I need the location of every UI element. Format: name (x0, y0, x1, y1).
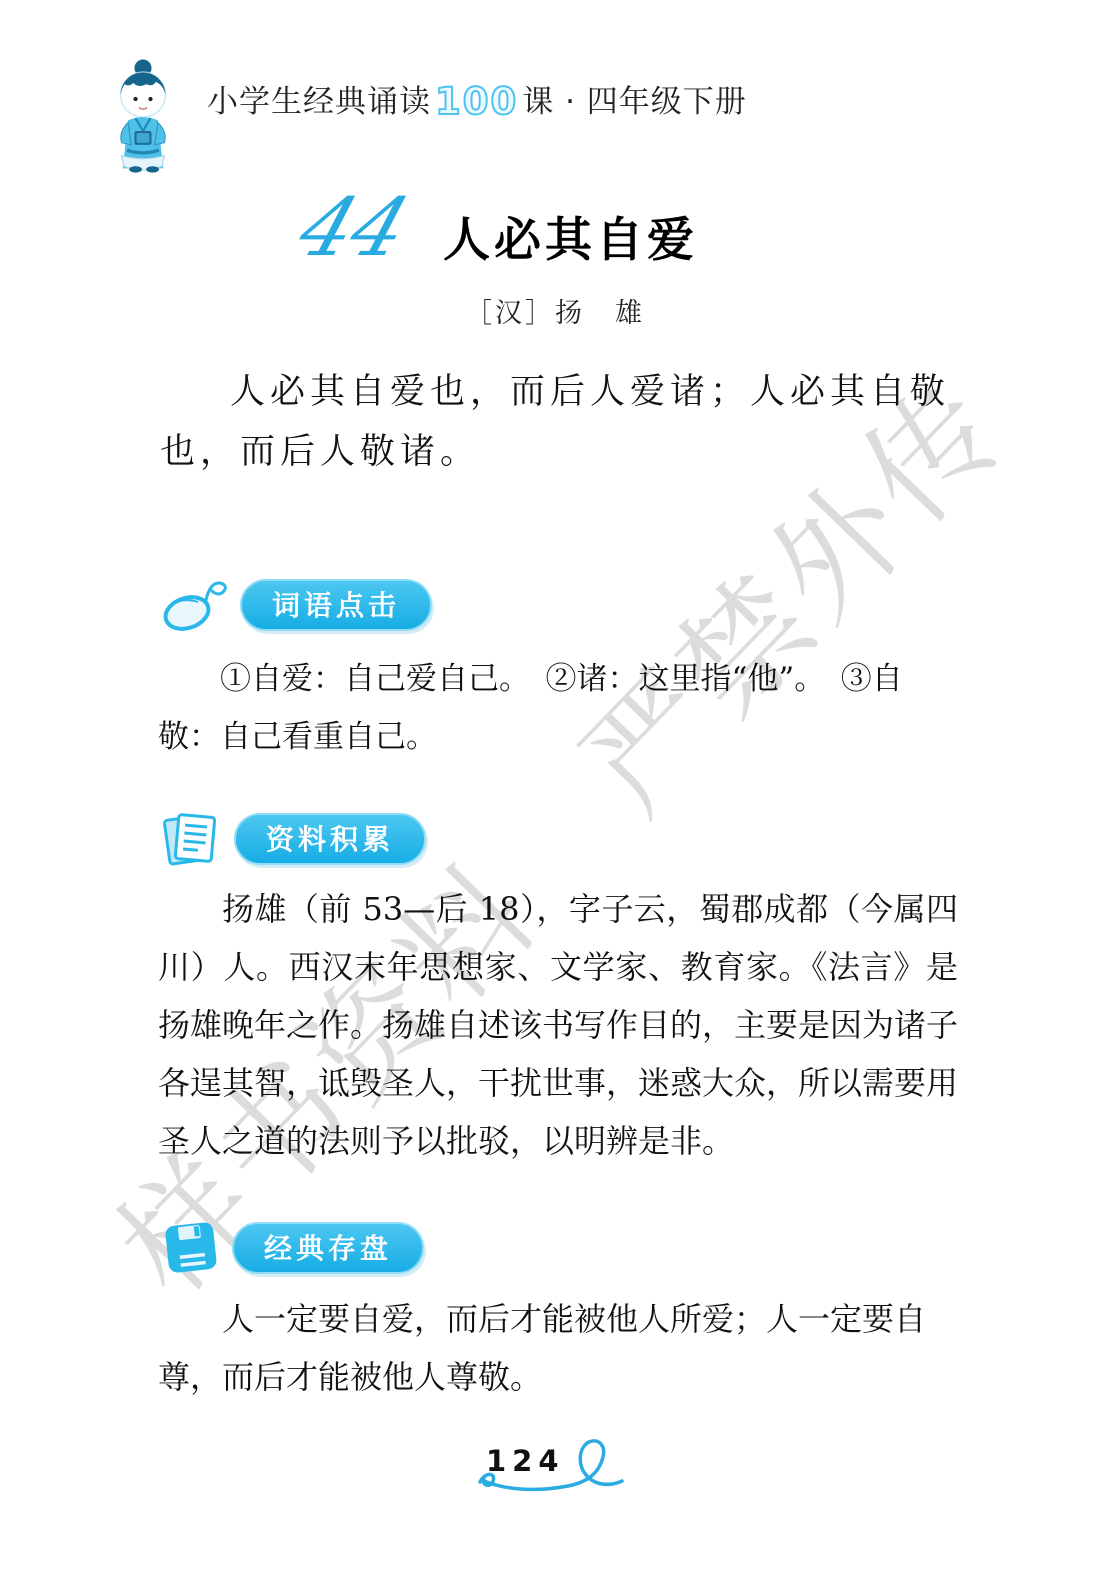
lesson-author: ［汉］扬 雄 (0, 291, 1110, 330)
materials-text: 扬雄（前 53—后 18），字子云，蜀郡成都（今属四川）人。西汉末年思想家、文学… (158, 880, 958, 1170)
word-notes-text: ①自爱：自己爱自己。 ②诸：这里指“他”。 ③自敬：自己看重自己。 (158, 650, 958, 766)
mouse-icon (160, 576, 230, 634)
section-words-header: 词语点击 (160, 576, 432, 634)
documents-icon (160, 808, 224, 870)
series-title-prefix: 小学生经典诵读 (207, 84, 431, 120)
series-title-suffix: 课 · 四年级下册 (522, 84, 747, 120)
book-page: 样书资料 严禁外传 小学 (0, 0, 1110, 1571)
scholar-boy-mascot-icon (95, 56, 191, 174)
lesson-number: 44 (290, 188, 418, 268)
section-classics-header: 经典存盘 (160, 1218, 424, 1278)
section-badge-words: 词语点击 (240, 579, 432, 631)
poem-text: 人必其自爱也，而后人爱诸；人必其自敬也，而后人敬诸。 (160, 362, 960, 482)
page-number: 124 (486, 1444, 565, 1478)
page-footer: 124 (0, 1438, 1110, 1500)
classics-text: 人一定要自爱，而后才能被他人所爱；人一定要自尊，而后才能被他人尊敬。 (158, 1290, 958, 1406)
section-badge-materials: 资料积累 (234, 813, 426, 865)
page-header: 小学生经典诵读100课 · 四年级下册 (95, 56, 747, 174)
floppy-disk-icon (160, 1218, 222, 1278)
section-materials-header: 资料积累 (160, 808, 426, 870)
lesson-title: 人必其自爱 (443, 203, 698, 270)
series-title-number: 100 (431, 80, 522, 123)
section-badge-classics: 经典存盘 (232, 1222, 424, 1274)
series-title: 小学生经典诵读100课 · 四年级下册 (207, 56, 747, 123)
